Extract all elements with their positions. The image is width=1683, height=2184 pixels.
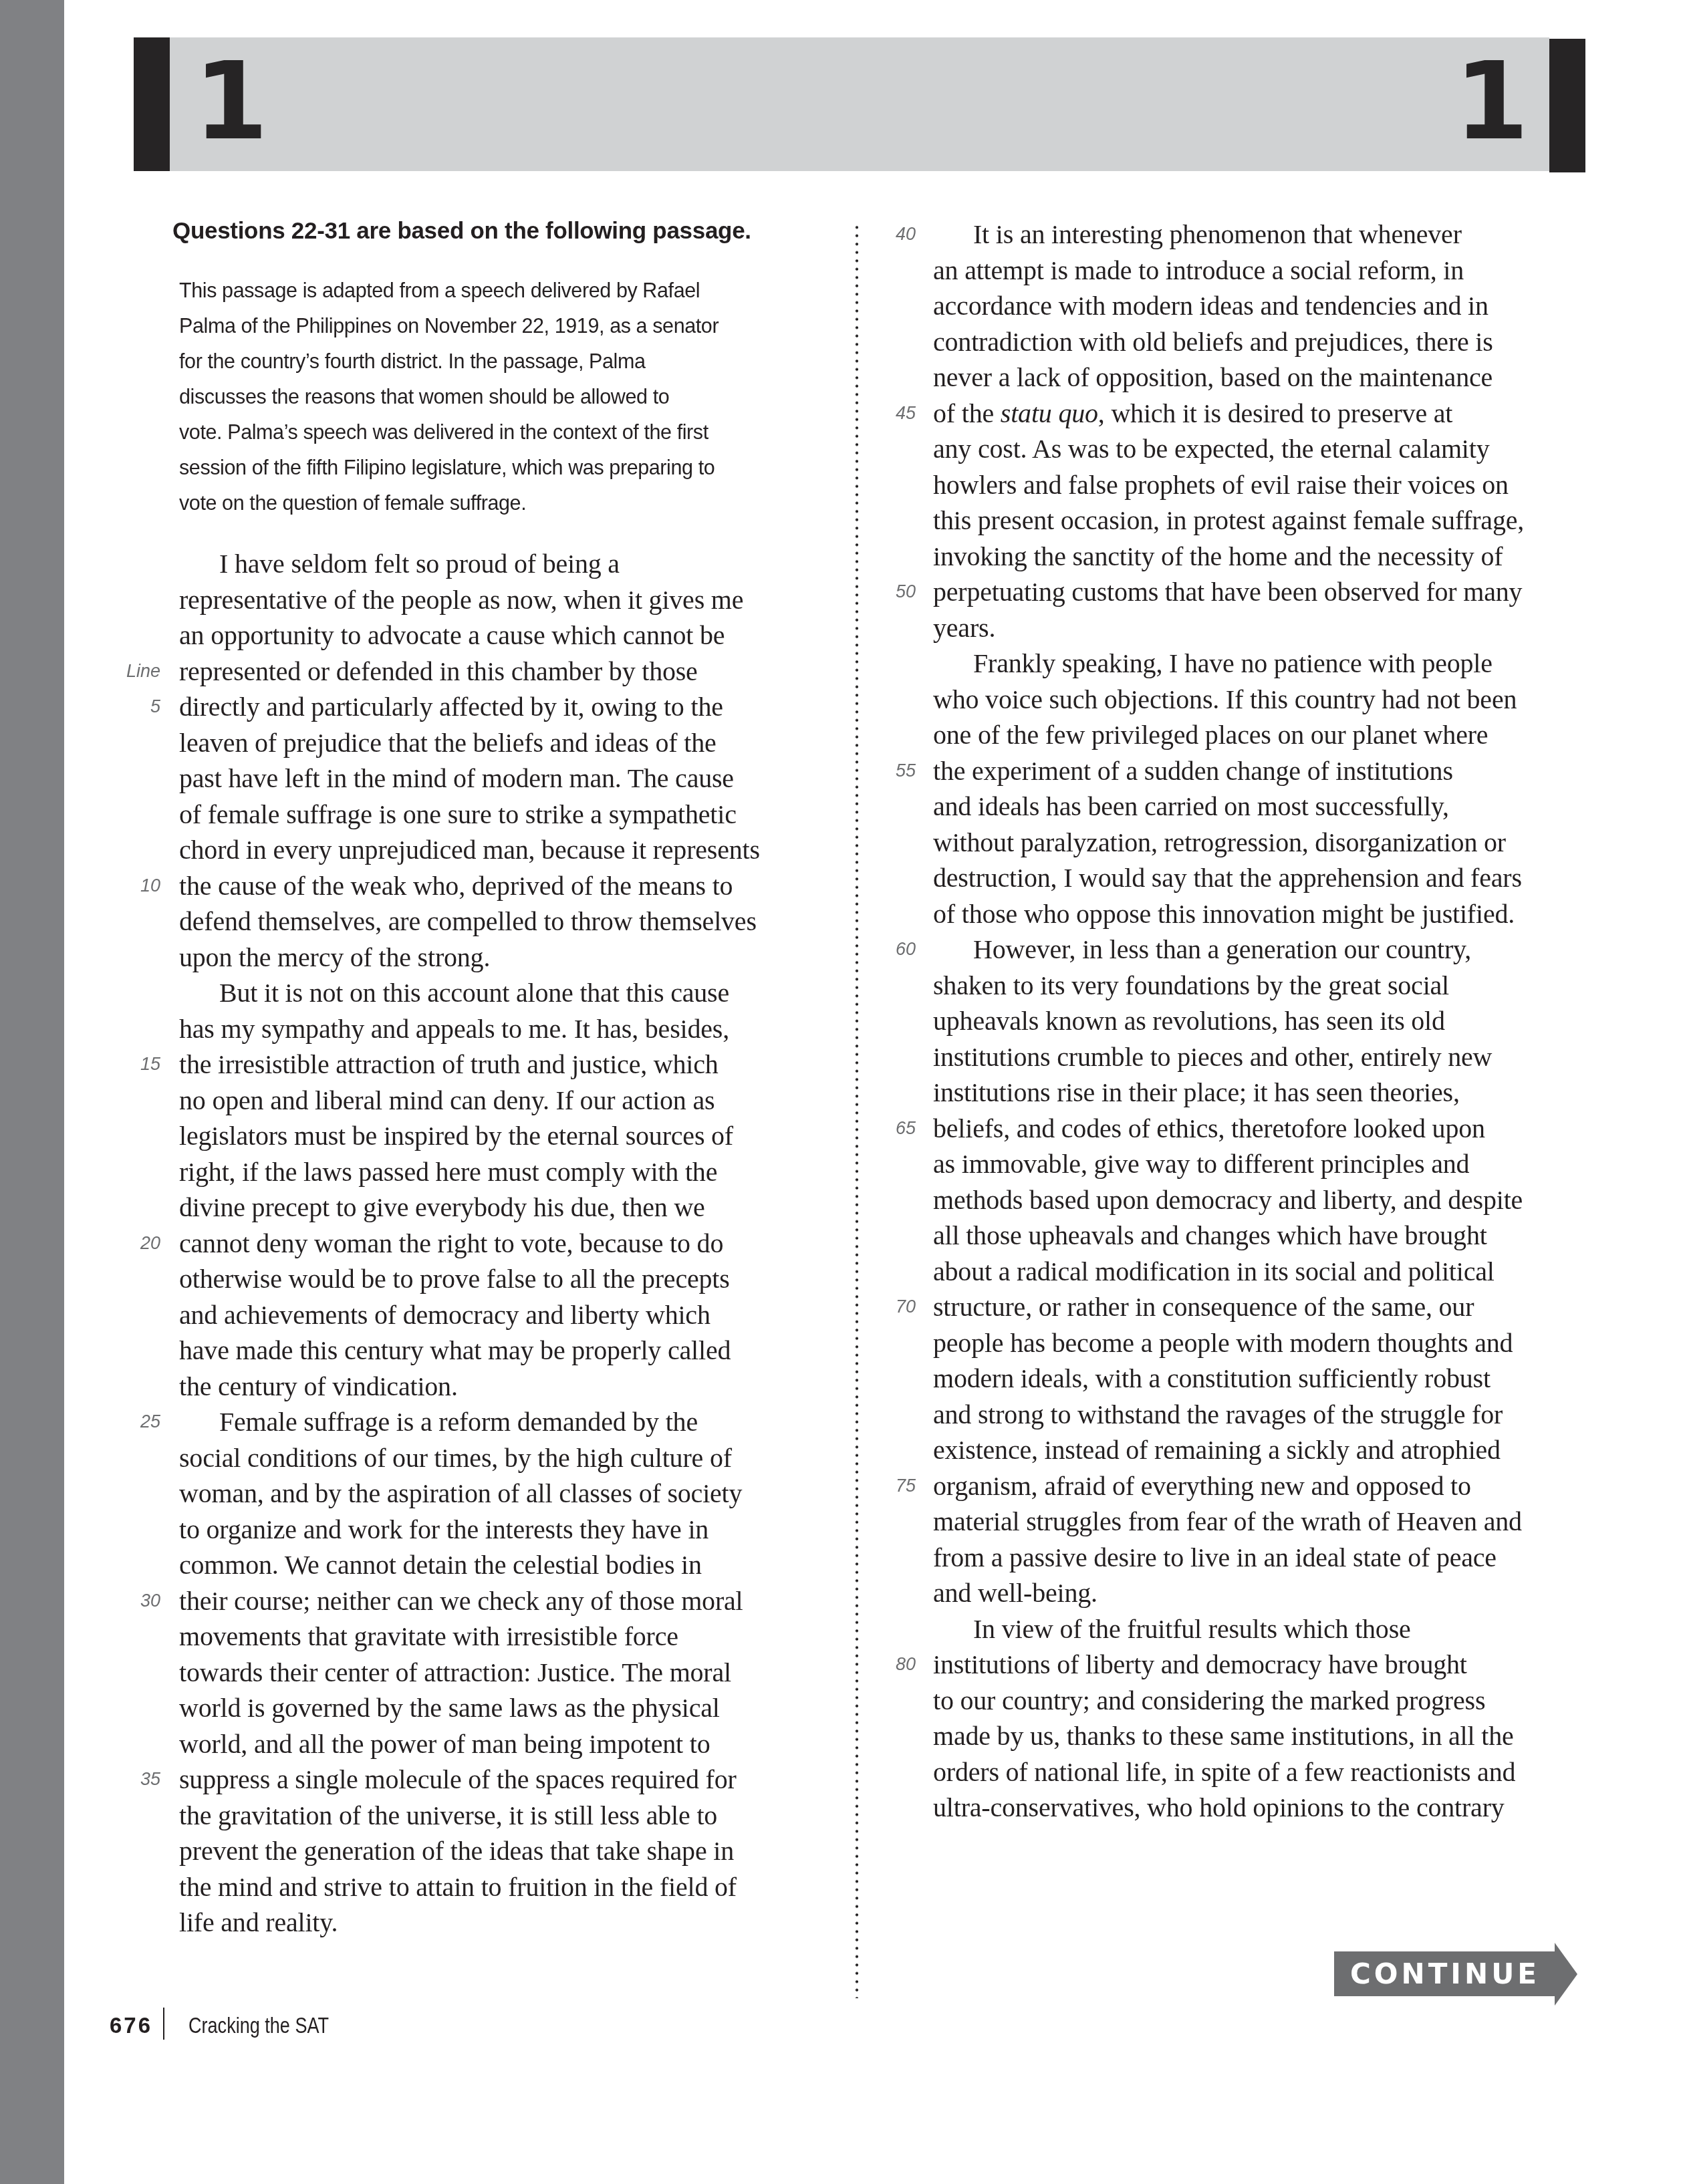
line-number: 15 (114, 1054, 160, 1075)
line-number: 65 (869, 1118, 916, 1139)
italic-term: statu quo (1001, 398, 1098, 428)
passage-line: and ideals has been carried on most succ… (933, 791, 1449, 822)
passage-line: contradiction with old beliefs and preju… (933, 326, 1493, 358)
page-number: 676 (110, 2013, 152, 2038)
passage-line: modern ideals, with a constitution suffi… (933, 1363, 1491, 1394)
passage-line: this present occasion, in protest agains… (933, 505, 1524, 536)
passage-line: orders of national life, in spite of a f… (933, 1756, 1515, 1788)
right-arrow-icon (1555, 1943, 1577, 2006)
passage-line: institutions of liberty and democracy ha… (933, 1649, 1467, 1680)
line-number: 80 (869, 1654, 916, 1675)
line-number: 55 (869, 761, 916, 781)
line-number: Line (114, 661, 160, 682)
passage-line: all those upheavals and changes which ha… (933, 1220, 1487, 1251)
intro-line: vote. Palma’s speech was delivered in th… (179, 421, 708, 444)
passage-line: chord in every unprejudiced man, because… (179, 834, 760, 865)
passage-line: of the statu quo, which it is desired to… (933, 398, 1452, 429)
passage-line: representative of the people as now, whe… (179, 584, 743, 616)
passage-line: people has become a people with modern t… (933, 1327, 1513, 1359)
passage-line: leaven of prejudice that the beliefs and… (179, 727, 717, 759)
passage-line: structure, or rather in consequence of t… (933, 1291, 1474, 1323)
line-number: 75 (869, 1476, 916, 1496)
passage-line: methods based upon democracy and liberty… (933, 1184, 1523, 1216)
line-number: 35 (114, 1769, 160, 1790)
passage-line: legislators must be inspired by the eter… (179, 1120, 733, 1151)
passage-line: I have seldom felt so proud of being a (219, 548, 620, 579)
passage-line: woman, and by the aspiration of all clas… (179, 1478, 742, 1509)
passage-line: and well-being. (933, 1577, 1097, 1609)
line-number: 50 (869, 581, 916, 602)
passage-line: past have left in the mind of modern man… (179, 763, 734, 794)
line-number: 30 (114, 1591, 160, 1611)
passage-line: an opportunity to advocate a cause which… (179, 620, 725, 651)
continue-button[interactable]: CONTINUE (1334, 1943, 1577, 2006)
section-header-bar-left (134, 37, 170, 171)
passage-line: one of the few privileged places on our … (933, 719, 1488, 750)
passage-line: and strong to withstand the ravages of t… (933, 1399, 1503, 1430)
line-number: 20 (114, 1233, 160, 1254)
passage-line: defend themselves, are compelled to thro… (179, 906, 757, 937)
passage-line: prevent the generation of the ideas that… (179, 1835, 734, 1867)
passage-line: ultra-conservatives, who hold opinions t… (933, 1792, 1505, 1823)
passage-line: as immovable, give way to different prin… (933, 1148, 1469, 1180)
passage-line: invoking the sanctity of the home and th… (933, 541, 1503, 572)
passage-line: of female suffrage is one sure to strike… (179, 799, 737, 830)
passage-line: world is governed by the same laws as th… (179, 1692, 720, 1724)
passage-line: an attempt is made to introduce a social… (933, 255, 1464, 286)
page-edge-tab (0, 0, 64, 2184)
intro-line: session of the fifth Filipino legislatur… (179, 456, 715, 480)
passage-line: made by us, thanks to these same institu… (933, 1720, 1513, 1752)
passage-line: never a lack of opposition, based on the… (933, 362, 1493, 393)
line-number: 60 (869, 939, 916, 960)
passage-line: the cause of the weak who, deprived of t… (179, 870, 733, 902)
passage-line: howlers and false prophets of evil raise… (933, 469, 1509, 501)
section-number-right: 1 (1454, 41, 1529, 162)
passage-line: without paralyzation, retrogression, dis… (933, 827, 1506, 858)
intro-line: for the country’s fourth district. In th… (179, 350, 646, 374)
line-number: 25 (114, 1411, 160, 1432)
passage-line: material struggles from fear of the wrat… (933, 1506, 1522, 1537)
intro-line: This passage is adapted from a speech de… (179, 279, 700, 303)
intro-line: vote on the question of female suffrage. (179, 492, 526, 515)
section-header-band (134, 37, 1549, 171)
passage-line: world, and all the power of man being im… (179, 1728, 710, 1760)
passage-line: institutions crumble to pieces and other… (933, 1041, 1492, 1073)
passage-line: life and reality. (179, 1907, 338, 1938)
passage-line: has my sympathy and appeals to me. It ha… (179, 1013, 729, 1045)
passage-line: who voice such objections. If this count… (933, 684, 1517, 715)
passage-line: In view of the fruitful results which th… (973, 1613, 1411, 1645)
passage-line: to organize and work for the interests t… (179, 1514, 708, 1545)
line-number: 70 (869, 1296, 916, 1317)
line-number: 40 (869, 224, 916, 245)
passage-line: from a passive desire to live in an idea… (933, 1542, 1497, 1573)
section-header-bar-right (1549, 39, 1585, 172)
passage-line: upheavals known as revolutions, has seen… (933, 1005, 1445, 1037)
passage-line: Frankly speaking, I have no patience wit… (973, 648, 1493, 679)
line-number: 45 (869, 403, 916, 424)
passage-line: But it is not on this account alone that… (219, 977, 729, 1008)
passage-line: institutions rise in their place; it has… (933, 1077, 1460, 1108)
passage-line: of those who oppose this innovation migh… (933, 898, 1515, 930)
intro-line: Palma of the Philippines on November 22,… (179, 315, 719, 338)
passage-line: upon the mercy of the strong. (179, 942, 490, 973)
passage-line: directly and particularly affected by it… (179, 691, 723, 722)
passage-line: the mind and strive to attain to fruitio… (179, 1871, 737, 1903)
passage-line: social conditions of our times, by the h… (179, 1442, 732, 1474)
passage-line: otherwise would be to prove false to all… (179, 1263, 730, 1294)
line-number: 5 (114, 696, 160, 717)
passage-line: their course; neither can we check any o… (179, 1585, 743, 1617)
questions-heading: Questions 22-31 are based on the followi… (172, 218, 751, 245)
column-divider (856, 223, 858, 1998)
line-number: 10 (114, 875, 160, 896)
passage-line: cannot deny woman the right to vote, bec… (179, 1228, 723, 1259)
continue-label: CONTINUE (1334, 1951, 1556, 1996)
passage-line: beliefs, and codes of ethics, theretofor… (933, 1113, 1485, 1144)
passage-line: perpetuating customs that have been obse… (933, 576, 1522, 607)
passage-line: the irresistible attraction of truth and… (179, 1049, 719, 1080)
passage-line: movements that gravitate with irresistib… (179, 1621, 678, 1652)
passage-line: suppress a single molecule of the spaces… (179, 1764, 737, 1795)
passage-line: common. We cannot detain the celestial b… (179, 1549, 702, 1581)
passage-line: Female suffrage is a reform demanded by … (219, 1406, 698, 1438)
passage-line: represented or defended in this chamber … (179, 656, 698, 687)
intro-line: discusses the reasons that women should … (179, 386, 669, 409)
footer-divider (163, 2008, 164, 2040)
passage-line: no open and liberal mind can deny. If ou… (179, 1085, 715, 1116)
passage-line: shaken to its very foundations by the gr… (933, 970, 1449, 1001)
passage-line: existence, instead of remaining a sickly… (933, 1434, 1501, 1466)
passage-line: However, in less than a generation our c… (973, 934, 1471, 965)
passage-line: about a radical modification in its soci… (933, 1256, 1495, 1287)
section-number-left: 1 (194, 41, 268, 162)
passage-line: the gravitation of the universe, it is s… (179, 1800, 717, 1831)
book-title: Cracking the SAT (188, 2013, 329, 2038)
passage-line: towards their center of attraction: Just… (179, 1657, 731, 1688)
passage-line: accordance with modern ideas and tendenc… (933, 290, 1488, 321)
passage-line: the century of vindication. (179, 1371, 458, 1402)
passage-line: and achievements of democracy and libert… (179, 1299, 710, 1331)
passage-line: organism, afraid of everything new and o… (933, 1470, 1471, 1502)
passage-line: destruction, I would say that the appreh… (933, 862, 1522, 894)
passage-line: years. (933, 612, 995, 644)
passage-line: divine precept to give everybody his due… (179, 1192, 705, 1223)
passage-line: the experiment of a sudden change of ins… (933, 755, 1453, 787)
passage-line: any cost. As was to be expected, the ete… (933, 433, 1489, 464)
passage-line: to our country; and considering the mark… (933, 1685, 1485, 1716)
passage-line: It is an interesting phenomenon that whe… (973, 219, 1462, 250)
passage-line: have made this century what may be prope… (179, 1335, 731, 1366)
passage-line: right, if the laws passed here must comp… (179, 1156, 717, 1188)
